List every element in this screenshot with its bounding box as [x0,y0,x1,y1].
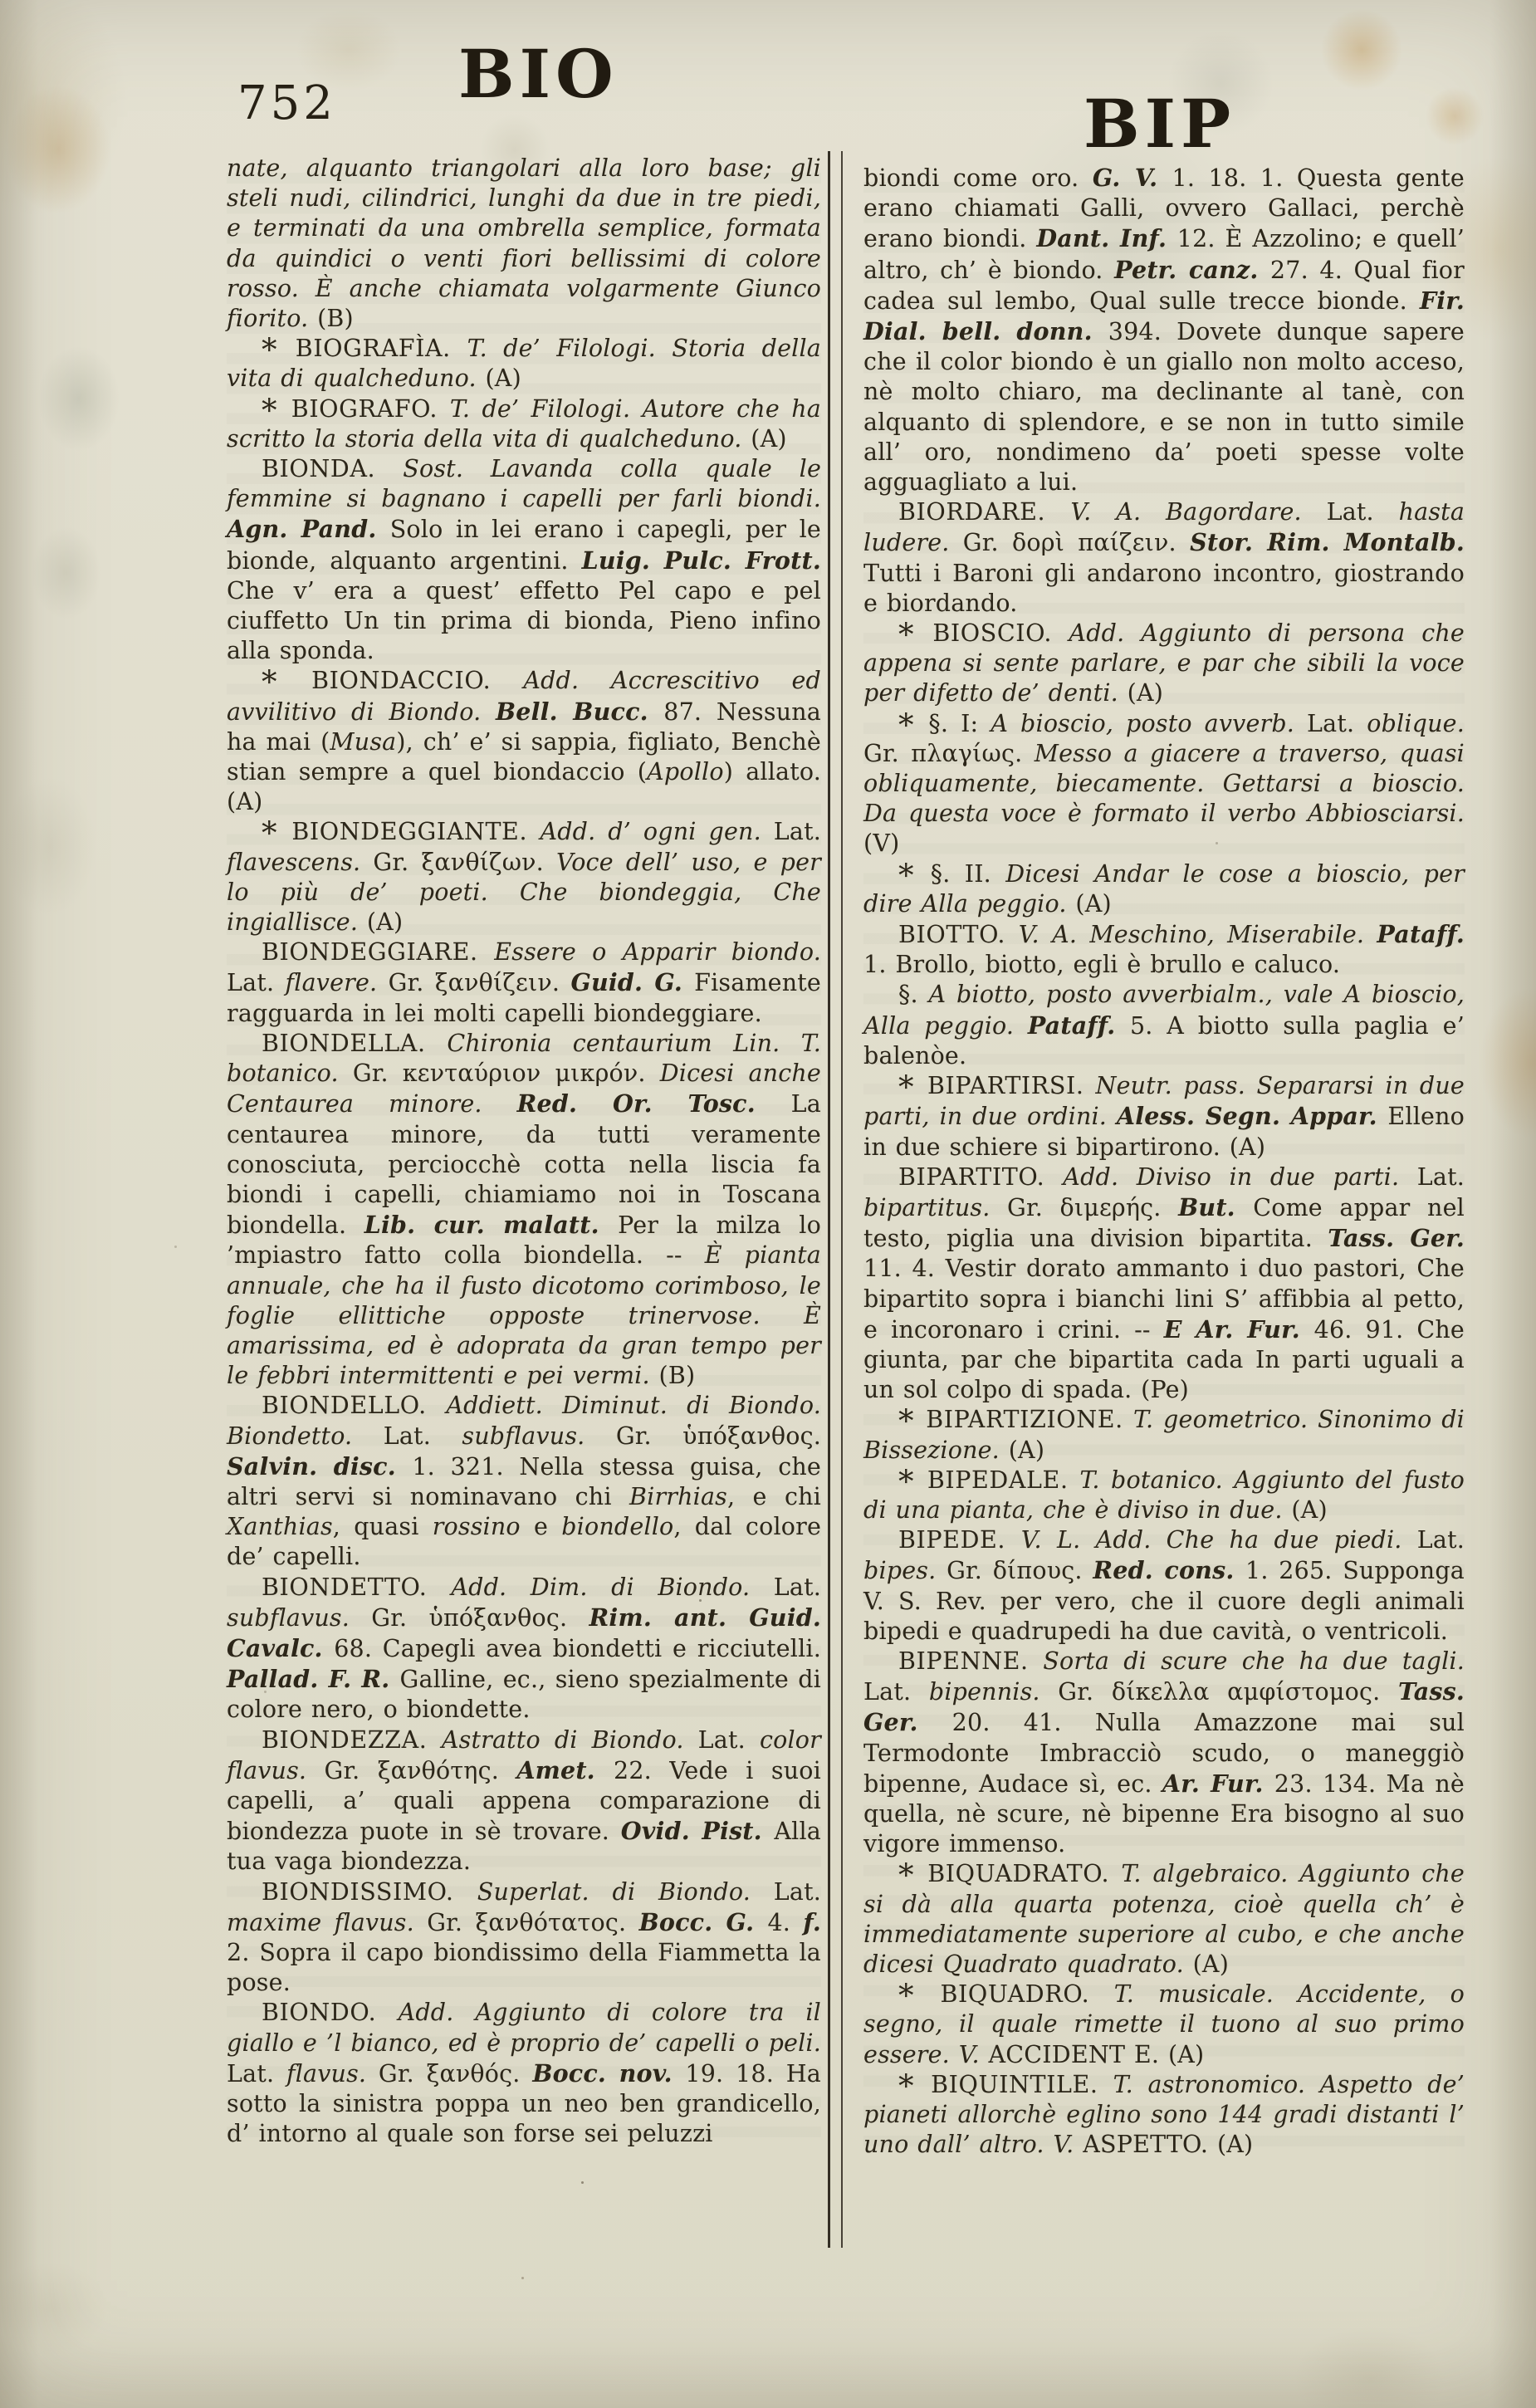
dictionary-paragraph: * BIPARTIZIONE. T. geometrico. Sinonimo … [863,1405,1465,1465]
dictionary-paragraph: * BIQUINTILE. T. astronomico. Aspetto de… [863,2070,1465,2161]
dictionary-paragraph: BIONDEZZA. Astratto di Biondo. Lat. colo… [227,1725,821,1877]
ink-specks [0,0,2,2]
dictionary-paragraph: BIPARTITO. Add. Diviso in due parti. Lat… [863,1162,1465,1406]
dictionary-paragraph: BIORDARE. V. A. Bagordare. Lat. hasta lu… [863,497,1465,619]
left-column: nate, alquanto triangolari alla loro bas… [227,154,821,2149]
column-divider-rule [828,151,843,2248]
dictionary-paragraph: * BIPARTIRSI. Neutr. pass. Separarsi in … [863,1071,1465,1162]
dictionary-paragraph: BIPENNE. Sorta di scure che ha due tagli… [863,1647,1465,1859]
dictionary-paragraph: * BIOGRAFO. T. de’ Filologi. Autore che … [227,394,821,454]
page-number: 752 [237,76,336,130]
dictionary-paragraph: * BIOGRAFÌA. T. de’ Filologi. Storia del… [227,334,821,394]
dictionary-paragraph: BIONDISSIMO. Superlat. di Biondo. Lat. m… [227,1877,821,1999]
dictionary-paragraph: * BIOSCIO. Add. Aggiunto di persona che … [863,619,1465,709]
dictionary-paragraph: * BIONDACCIO. Add. Accrescitivo ed avvil… [227,666,821,817]
dictionary-paragraph: * BIQUADRATO. T. algebraico. Aggiunto ch… [863,1859,1465,1980]
dictionary-paragraph: * BIQUADRO. T. musicale. Accidente, o se… [863,1980,1465,2070]
running-head-left: BIO [458,35,619,113]
dictionary-paragraph: BIONDELLA. Chironia centaurium Lin. T. b… [227,1029,821,1391]
dictionary-paragraph: * §. I: A bioscio, posto avverb. Lat. ob… [863,709,1465,859]
dictionary-paragraph: nate, alquanto triangolari alla loro bas… [227,154,821,334]
dictionary-paragraph: * §. II. Dicesi Andar le cose a bioscio,… [863,859,1465,919]
running-head-right: BIP [1084,85,1235,163]
dictionary-paragraph: BIONDO. Add. Aggiunto di colore tra il g… [227,1998,821,2149]
dictionary-paragraph: BIPEDE. V. L. Add. Che ha due piedi. Lat… [863,1525,1465,1647]
dictionary-paragraph: * BIONDEGGIANTE. Add. d’ ogni gen. Lat. … [227,817,821,937]
dictionary-paragraph: * BIPEDALE. T. botanico. Aggiunto del fu… [863,1466,1465,1525]
scanned-dictionary-page: 752 BIO BIP nate, alquanto triangolari a… [0,0,1536,2408]
dictionary-paragraph: BIONDETTO. Add. Dim. di Biondo. Lat. sub… [227,1573,821,1725]
dictionary-paragraph: §. A biotto, posto avverbialm., vale A b… [863,980,1465,1071]
dictionary-paragraph: BIONDEGGIARE. Essere o Apparir biondo. L… [227,937,821,1029]
dictionary-paragraph: BIOTTO. V. A. Meschino, Miserabile. Pata… [863,919,1465,980]
right-column: biondi come oro. G. V. 1. 18. 1. Questa … [863,163,1465,2160]
dictionary-paragraph: BIONDELLO. Addiett. Diminut. di Biondo. … [227,1391,821,1572]
dictionary-paragraph: BIONDA. Sost. Lavanda colla quale le fem… [227,454,821,666]
dictionary-paragraph: biondi come oro. G. V. 1. 18. 1. Questa … [863,163,1465,497]
